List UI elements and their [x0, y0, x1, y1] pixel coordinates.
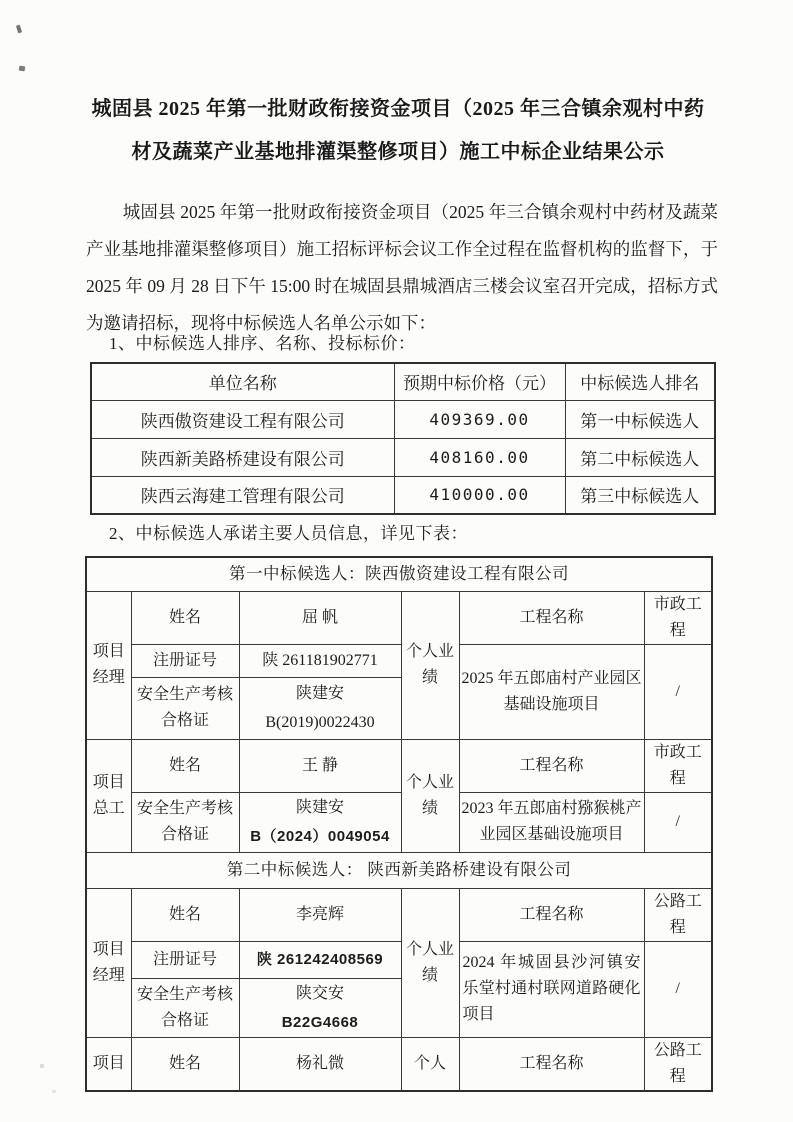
scan-artifact [19, 66, 26, 72]
label-registration-no: 注册证号 [131, 644, 239, 677]
table-header-row: 单位名称 预期中标价格（元） 中标候选人排名 [91, 363, 715, 400]
value-safety-cert-line-1: 陕建安 [242, 679, 399, 708]
value-name: 王 静 [239, 739, 401, 792]
cell-rank: 第一中标候选人 [565, 400, 715, 438]
value-safety-cert-line-1: 陕交安 [242, 979, 399, 1008]
label-name: 姓名 [131, 888, 239, 941]
scanned-document-page: 城固县 2025 年第一批财政衔接资金项目（2025 年三合镇余观村中药 材及蔬… [0, 0, 793, 1122]
value-safety-cert: 陕建安 B(2019)0022430 [239, 677, 401, 739]
section-1-heading: 1、中标候选人排序、名称、投标标价： [109, 329, 416, 354]
cell-company: 陕西新美路桥建设有限公司 [91, 438, 394, 476]
cell-rank: 第二中标候选人 [565, 438, 715, 476]
label-safety-cert: 安全生产考核合格证 [131, 792, 239, 852]
value-note-slash: / [644, 941, 712, 1037]
table-row: 项目总工 姓名 王 静 个人业绩 工程名称 市政工程 [86, 739, 712, 792]
document-title-line-2: 材及蔬菜产业基地排灌渠整修项目）施工中标企业结果公示 [80, 131, 716, 174]
role-cell-project-manager: 项目经理 [86, 591, 131, 739]
document-title: 城固县 2025 年第一批财政衔接资金项目（2025 年三合镇余观村中药 材及蔬… [80, 88, 716, 174]
intro-paragraph: 城固县 2025 年第一批财政衔接资金项目（2025 年三合镇余观村中药材及蔬菜… [86, 194, 718, 342]
label-project-name: 工程名称 [459, 888, 644, 941]
label-personal-performance: 个人业绩 [401, 591, 459, 739]
value-name: 杨礼微 [239, 1037, 401, 1091]
document-title-line-1: 城固县 2025 年第一批财政衔接资金项目（2025 年三合镇余观村中药 [80, 88, 716, 131]
value-project-type: 市政工程 [644, 591, 712, 644]
cell-company: 陕西傲资建设工程有限公司 [91, 400, 394, 438]
cell-company: 陕西云海建工管理有限公司 [91, 476, 394, 514]
scan-artifact [40, 1064, 44, 1068]
table-row: 项目经理 姓名 李亮辉 个人业绩 工程名称 公路工程 [86, 888, 712, 941]
bid-results-table: 单位名称 预期中标价格（元） 中标候选人排名 陕西傲资建设工程有限公司 4093… [90, 362, 716, 515]
table-row: 注册证号 陕 261181902771 2025 年五郎庙村产业园区基础设施项目… [86, 644, 712, 677]
value-registration-no: 陕 261181902771 [239, 644, 401, 677]
value-name: 李亮辉 [239, 888, 401, 941]
table-row: 项目经理 姓名 屈 帆 个人业绩 工程名称 市政工程 [86, 591, 712, 644]
candidate-2-title: 第二中标候选人： 陕西新美路桥建设有限公司 [86, 852, 712, 888]
value-safety-cert: 陕交安 B22G4668 [239, 978, 401, 1037]
value-safety-cert-line-1: 陕建安 [242, 793, 399, 822]
label-personal-performance: 个人业绩 [401, 888, 459, 1037]
role-cell-partial: 项目 [86, 1037, 131, 1091]
value-project-type: 公路工程 [644, 888, 712, 941]
scan-artifact [16, 25, 22, 34]
label-safety-cert: 安全生产考核合格证 [131, 677, 239, 739]
role-cell-chief-engineer: 项目总工 [86, 739, 131, 852]
value-registration-no: 陕 261242408569 [239, 941, 401, 978]
label-project-name: 工程名称 [459, 739, 644, 792]
value-project-type: 公路工程 [644, 1037, 712, 1091]
cell-price: 409369.00 [394, 400, 565, 438]
personnel-table: 第一中标候选人：陕西傲资建设工程有限公司 项目经理 姓名 屈 帆 个人业绩 工程… [85, 556, 713, 1092]
cell-price: 410000.00 [394, 476, 565, 514]
label-name: 姓名 [131, 739, 239, 792]
label-registration-no: 注册证号 [131, 941, 239, 978]
table-row: 陕西新美路桥建设有限公司 408160.00 第二中标候选人 [91, 438, 715, 476]
header-cell-price: 预期中标价格（元） [394, 363, 565, 400]
label-personal-performance: 个人业绩 [401, 739, 459, 852]
table-row: 注册证号 陕 261242408569 2024 年城固县沙河镇安乐堂村通村联网… [86, 941, 712, 978]
value-project-type: 市政工程 [644, 739, 712, 792]
label-name: 姓名 [131, 591, 239, 644]
table-row: 陕西傲资建设工程有限公司 409369.00 第一中标候选人 [91, 400, 715, 438]
header-cell-rank: 中标候选人排名 [565, 363, 715, 400]
candidate-1-title: 第一中标候选人：陕西傲资建设工程有限公司 [86, 557, 712, 591]
label-personal-performance: 个人 [401, 1037, 459, 1091]
label-project-name: 工程名称 [459, 1037, 644, 1091]
value-name: 屈 帆 [239, 591, 401, 644]
label-name: 姓名 [131, 1037, 239, 1091]
table-row: 安全生产考核合格证 陕建安 B（2024）0049054 2023 年五郎庙村猕… [86, 792, 712, 852]
value-project-name: 2024 年城固县沙河镇安乐堂村通村联网道路硬化项目 [459, 941, 644, 1037]
table-row: 陕西云海建工管理有限公司 410000.00 第三中标候选人 [91, 476, 715, 514]
value-note-slash: / [644, 644, 712, 739]
value-project-name: 2023 年五郎庙村猕猴桃产业园区基础设施项目 [459, 792, 644, 852]
candidate-1-header-row: 第一中标候选人：陕西傲资建设工程有限公司 [86, 557, 712, 591]
scan-artifact [52, 1090, 56, 1093]
cell-price: 408160.00 [394, 438, 565, 476]
value-note-slash: / [644, 792, 712, 852]
value-safety-cert: 陕建安 B（2024）0049054 [239, 792, 401, 852]
header-cell-company: 单位名称 [91, 363, 394, 400]
role-cell-project-manager: 项目经理 [86, 888, 131, 1037]
value-project-name: 2025 年五郎庙村产业园区基础设施项目 [459, 644, 644, 739]
candidate-2-header-row: 第二中标候选人： 陕西新美路桥建设有限公司 [86, 852, 712, 888]
value-safety-cert-line-2: B22G4668 [242, 1008, 399, 1037]
table-row: 项目 姓名 杨礼微 个人 工程名称 公路工程 [86, 1037, 712, 1091]
label-safety-cert: 安全生产考核合格证 [131, 978, 239, 1037]
value-safety-cert-line-2: B(2019)0022430 [242, 708, 399, 737]
label-project-name: 工程名称 [459, 591, 644, 644]
value-safety-cert-line-2: B（2024）0049054 [242, 822, 399, 851]
section-2-heading: 2、中标候选人承诺主要人员信息，详见下表： [109, 519, 468, 544]
cell-rank: 第三中标候选人 [565, 476, 715, 514]
